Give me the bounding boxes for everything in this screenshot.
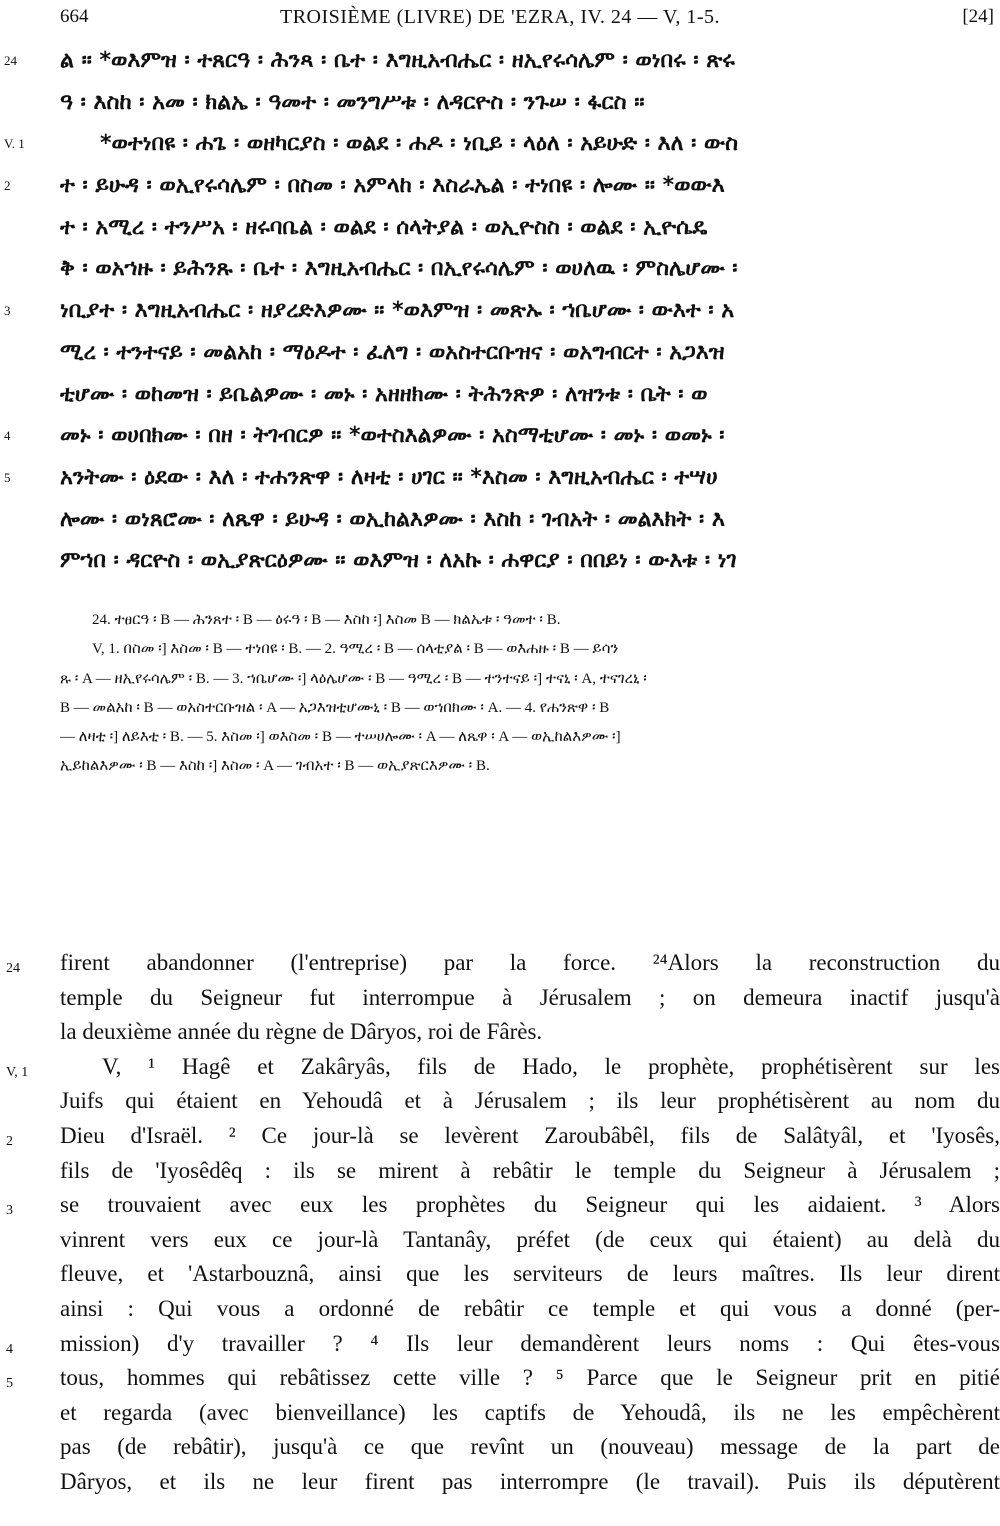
geez-line: V. 1*ወተነበዩ ፡ ሐጌ ፡ ወዘካርያስ ፡ ወልደ ፡ ሐዶ ፡ ነቢ… [0, 123, 1000, 165]
geez-line-text: ተ ፡ ይሁዳ ፡ ወኢየሩሳሌም ፡ በስመ ፡ አምላከ ፡ እስራኤል ፡… [60, 165, 990, 207]
translation-line-text: fleuve, et 'Astarbouznâ, ainsi que les s… [60, 1257, 1000, 1292]
verse-margin-number: 2 [4, 165, 44, 207]
geez-line-text: ዓ ፡ እስከ ፡ አመ ፡ ክልኤ ፡ ዓመተ ፡ መንግሥቱ ፡ ለዳርዮስ… [60, 82, 990, 124]
geez-line-text: መኑ ፡ ወሀበክሙ ፡ በዘ ፡ ትገብርዎ ። *ወተስእልዎሙ ፡ አስማ… [60, 415, 990, 457]
translation-line-text: fils de 'Iyosêdêq : ils se mirent à rebâ… [60, 1154, 1000, 1189]
translation-line-text: ainsi : Qui vous a ordonné de rebâtir ce… [60, 1292, 1000, 1327]
translation-line-text: temple du Seigneur fut interrompue à Jér… [60, 981, 1000, 1016]
translation-line: fils de 'Iyosêdêq : ils se mirent à rebâ… [0, 1154, 1000, 1189]
translation-line-text: Juifs qui étaient en Yehoudâ et à Jérusa… [60, 1084, 1000, 1119]
geez-line-text: *ወተነበዩ ፡ ሐጌ ፡ ወዘካርያስ ፡ ወልደ ፡ ሐዶ ፡ ነቢይ ፡ … [100, 123, 990, 165]
geez-line: 24ል ። *ወእምዝ ፡ ተጸርዓ ፡ ሕንጻ ፡ ቤተ ፡ እግዚአብሔር … [0, 40, 1000, 82]
translation-line-text: Dâryos, et ils ne leur firent pas interr… [60, 1465, 1000, 1500]
translation-line-text: vinrent vers eux ce jour-là Tantanây, pr… [60, 1223, 1000, 1258]
apparatus-line-text: B — መልአከ ፡ B — ወአስተርቡዝል ፡ A — አጋእዝቲሆሙኒ ፡… [60, 694, 988, 723]
critical-apparatus: 24. ተፀርዓ ፡ B — ሕንጸተ ፡ B — ዕሩዓ ፡ B — እስከ … [0, 606, 1000, 782]
verse-margin-number: 24 [4, 40, 44, 82]
apparatus-line: — ለዛቲ ፡] ለይእቲ ፡ B. — 5. እስመ ፡] ወእስመ ፡ B … [0, 723, 1000, 752]
translation-line-text: firent abandonner (l'entreprise) par la … [60, 946, 1000, 981]
geez-line-text: አንትሙ ፡ ዕደው ፡ እለ ፡ ተሐንጽዋ ፡ ለዛቲ ፡ ሀገር ። *እ… [60, 457, 990, 499]
translation-line-text: la deuxième année du règne de Dâryos, ro… [60, 1015, 1000, 1050]
geez-line: 4መኑ ፡ ወሀበክሙ ፡ በዘ ፡ ትገብርዎ ። *ወተስእልዎሙ ፡ አስ… [0, 415, 1000, 457]
geez-line-text: ቲሆሙ ፡ ወከመዝ ፡ ይቤልዎሙ ፡ መኑ ፡ አዘዘክሙ ፡ ትሕንጽዎ … [60, 374, 990, 416]
translation-line: Dâryos, et ils ne leur firent pas interr… [0, 1465, 1000, 1500]
geez-line: ተ ፡ አሚረ ፡ ተንሥአ ፡ ዘሩባቤል ፡ ወልደ ፡ ሰላትያል ፡ ወ… [0, 207, 1000, 249]
verse-margin-number: 3 [4, 290, 44, 332]
apparatus-line: ጹ ፡ A — ዘኢየሩሳሌም ፡ B. — 3. ኀቤሆሙ ፡] ላዕሌሆሙ … [0, 665, 1000, 694]
verse-margin-number: 5 [4, 457, 44, 499]
translation-line-text: pas (de rebâtir), jusqu'à ce que revînt … [60, 1430, 1000, 1465]
translation-line: temple du Seigneur fut interrompue à Jér… [0, 981, 1000, 1016]
geez-line: ምኀበ ፡ ዳርዮስ ፡ ወኢያጽርዕዎሙ ። ወእምዝ ፡ ለአኩ ፡ ሐዋር… [0, 540, 1000, 582]
translation-line-text: se trouvaient avec eux les prophètes du … [60, 1188, 1000, 1223]
translation-line: ainsi : Qui vous a ordonné de rebâtir ce… [0, 1292, 1000, 1327]
geez-line-text: ተ ፡ አሚረ ፡ ተንሥአ ፡ ዘሩባቤል ፡ ወልደ ፡ ሰላትያል ፡ ወ… [60, 207, 990, 249]
translation-line: et regarda (avec bienveillance) les capt… [0, 1396, 1000, 1431]
translation-line: pas (de rebâtir), jusqu'à ce que revînt … [0, 1430, 1000, 1465]
translation-line: 2Dieu d'Israël. ² Ce jour-là se levèrent… [0, 1119, 1000, 1154]
apparatus-line: ኢይከልእዎሙ ፡ B — እስከ ፡] እስመ ፡ A — ገብአተ ፡ B … [0, 752, 1000, 781]
geez-line: ሎሙ ፡ ወነጸሮሙ ፡ ለጼዋ ፡ ይሁዳ ፡ ወኢከልእዎሙ ፡ እስከ ፡… [0, 499, 1000, 541]
geez-line: 5አንትሙ ፡ ዕደው ፡ እለ ፡ ተሐንጽዋ ፡ ለዛቲ ፡ ሀገር ። *… [0, 457, 1000, 499]
translation-line: fleuve, et 'Astarbouznâ, ainsi que les s… [0, 1257, 1000, 1292]
translation-line-text: et regarda (avec bienveillance) les capt… [60, 1396, 1000, 1431]
translation-line-text: V, ¹ Hagê et Zakâryâs, fils de Hado, le … [102, 1050, 1000, 1085]
geez-line: ሚረ ፡ ተንተናይ ፡ መልአከ ፡ ማዕዶተ ፡ ፈለግ ፡ ወአስተርቡዝ… [0, 332, 1000, 374]
translation-line: V, 1V, ¹ Hagê et Zakâryâs, fils de Hado,… [0, 1050, 1000, 1085]
geez-line: ቲሆሙ ፡ ወከመዝ ፡ ይቤልዎሙ ፡ መኑ ፡ አዘዘክሙ ፡ ትሕንጽዎ … [0, 374, 1000, 416]
translation-line: Juifs qui étaient en Yehoudâ et à Jérusa… [0, 1084, 1000, 1119]
apparatus-line-text: V, 1. በስመ ፡] እስመ ፡ B — ተነበዩ ፡ B. — 2. ዓሚ… [92, 635, 988, 664]
geez-line-text: ነቢያተ ፡ እግዚአብሔር ፡ ዘያረድእዎሙ ። *ወእምዝ ፡ መጽኡ ፡… [60, 290, 990, 332]
geez-line: ቅ ፡ ወአኀዙ ፡ ይሕንጹ ፡ ቤተ ፡ እግዚአብሔር ፡ በኢየሩሳሌም… [0, 248, 1000, 290]
translation-line-text: Dieu d'Israël. ² Ce jour-là se levèrent … [60, 1119, 1000, 1154]
translation-line: 24firent abandonner (l'entreprise) par l… [0, 946, 1000, 981]
translation-line: 5tous, hommes qui rebâtissez cette ville… [0, 1361, 1000, 1396]
translation-line-text: tous, hommes qui rebâtissez cette ville … [60, 1361, 1000, 1396]
geez-line-text: ምኀበ ፡ ዳርዮስ ፡ ወኢያጽርዕዎሙ ። ወእምዝ ፡ ለአኩ ፡ ሐዋር… [60, 540, 990, 582]
bracketed-page-number: [24] [962, 6, 994, 28]
running-title: TROISIÈME (LIVRE) DE 'EZRA, IV. 24 — V, … [0, 6, 1000, 29]
translation-line: 4mission) d'y travailler ? ⁴ Ils leur de… [0, 1327, 1000, 1362]
apparatus-line-text: ጹ ፡ A — ዘኢየሩሳሌም ፡ B. — 3. ኀቤሆሙ ፡] ላዕሌሆሙ … [60, 665, 988, 694]
geez-line-text: ቅ ፡ ወአኀዙ ፡ ይሕንጹ ፡ ቤተ ፡ እግዚአብሔር ፡ በኢየሩሳሌም… [60, 248, 990, 290]
apparatus-line-text: 24. ተፀርዓ ፡ B — ሕንጸተ ፡ B — ዕሩዓ ፡ B — እስከ … [92, 606, 988, 635]
apparatus-line: B — መልአከ ፡ B — ወአስተርቡዝል ፡ A — አጋእዝቲሆሙኒ ፡… [0, 694, 1000, 723]
translation-line: vinrent vers eux ce jour-là Tantanây, pr… [0, 1223, 1000, 1258]
verse-margin-number: V. 1 [4, 123, 44, 165]
apparatus-line: 24. ተፀርዓ ፡ B — ሕንጸተ ፡ B — ዕሩዓ ፡ B — እስከ … [0, 606, 1000, 635]
apparatus-line-text: — ለዛቲ ፡] ለይእቲ ፡ B. — 5. እስመ ፡] ወእስመ ፡ B … [60, 723, 988, 752]
apparatus-line: V, 1. በስመ ፡] እስመ ፡ B — ተነበዩ ፡ B. — 2. ዓሚ… [0, 635, 1000, 664]
translation-line: 3se trouvaient avec eux les prophètes du… [0, 1188, 1000, 1223]
page-header: 664 TROISIÈME (LIVRE) DE 'EZRA, IV. 24 —… [0, 4, 1000, 30]
verse-margin-number: 4 [4, 415, 44, 457]
geez-line: ዓ ፡ እስከ ፡ አመ ፡ ክልኤ ፡ ዓመተ ፡ መንግሥቱ ፡ ለዳርዮስ… [0, 82, 1000, 124]
geez-line-text: ሎሙ ፡ ወነጸሮሙ ፡ ለጼዋ ፡ ይሁዳ ፡ ወኢከልእዎሙ ፡ እስከ ፡… [60, 499, 990, 541]
geez-line-text: ሚረ ፡ ተንተናይ ፡ መልአከ ፡ ማዕዶተ ፡ ፈለግ ፡ ወአስተርቡዝ… [60, 332, 990, 374]
translation-line-text: mission) d'y travailler ? ⁴ Ils leur dem… [60, 1327, 1000, 1362]
apparatus-line-text: ኢይከልእዎሙ ፡ B — እስከ ፡] እስመ ፡ A — ገብአተ ፡ B … [60, 752, 988, 781]
geez-text-block: 24ል ። *ወእምዝ ፡ ተጸርዓ ፡ ሕንጻ ፡ ቤተ ፡ እግዚአብሔር … [0, 40, 1000, 582]
geez-line: 2ተ ፡ ይሁዳ ፡ ወኢየሩሳሌም ፡ በስመ ፡ አምላከ ፡ እስራኤል … [0, 165, 1000, 207]
french-translation: 24firent abandonner (l'entreprise) par l… [0, 946, 1000, 1500]
geez-line-text: ል ። *ወእምዝ ፡ ተጸርዓ ፡ ሕንጻ ፡ ቤተ ፡ እግዚአብሔር ፡ … [60, 40, 990, 82]
geez-line: 3ነቢያተ ፡ እግዚአብሔር ፡ ዘያረድእዎሙ ። *ወእምዝ ፡ መጽኡ … [0, 290, 1000, 332]
translation-line: la deuxième année du règne de Dâryos, ro… [0, 1015, 1000, 1050]
